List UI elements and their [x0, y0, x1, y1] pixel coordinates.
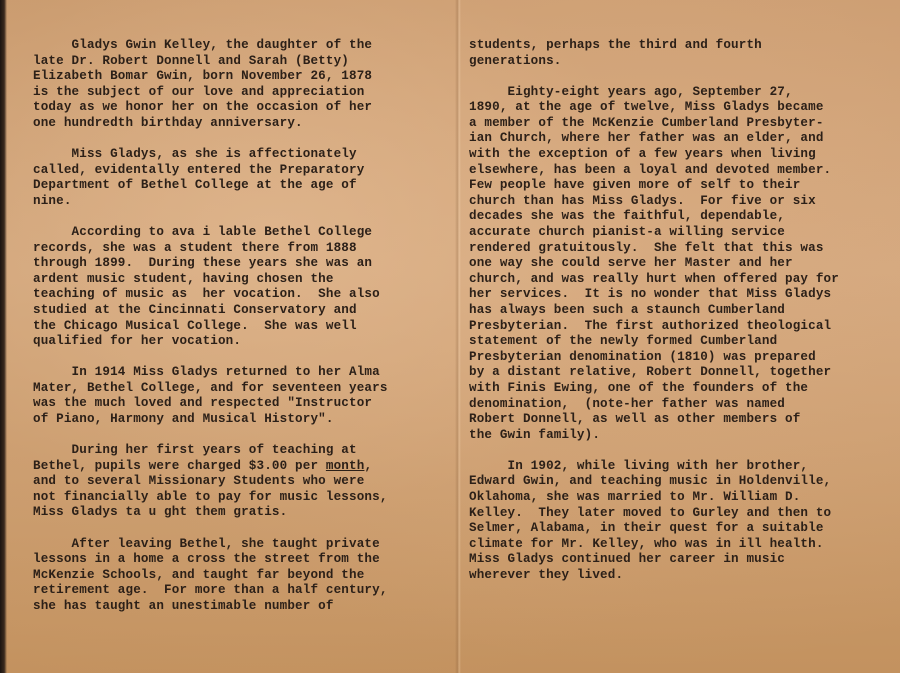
page-fold	[455, 0, 461, 673]
paragraph-generations: students, perhaps the third and fourth g…	[469, 38, 889, 69]
paragraph-marriage: In 1902, while living with her brother, …	[469, 459, 889, 584]
paragraph-teaching: During her first years of teaching at Be…	[33, 443, 453, 521]
paragraph-church: Eighty-eight years ago, September 27, 18…	[469, 85, 889, 444]
document-spread: Gladys Gwin Kelley, the daughter of the …	[0, 0, 900, 673]
paragraph-records: According to ava i lable Bethel College …	[33, 225, 453, 350]
paragraph-intro: Gladys Gwin Kelley, the daughter of the …	[33, 38, 453, 132]
teaching-lines-after: and to several Missionary Students who w…	[33, 474, 388, 519]
paragraph-private-lessons: After leaving Bethel, she taught private…	[33, 537, 453, 615]
teaching-line-after: ,	[364, 459, 372, 473]
teaching-line-before: Bethel, pupils were charged $3.00 per	[33, 459, 326, 473]
binding-shadow	[0, 0, 7, 673]
right-page: students, perhaps the third and fourth g…	[469, 38, 889, 599]
left-page: Gladys Gwin Kelley, the daughter of the …	[33, 38, 453, 630]
paragraph-preparatory: Miss Gladys, as she is affectionately ca…	[33, 147, 453, 209]
teaching-lines-before: During her first years of teaching at	[33, 443, 357, 457]
paragraph-alma-mater: In 1914 Miss Gladys returned to her Alma…	[33, 365, 453, 427]
underlined-word: month	[326, 459, 365, 473]
